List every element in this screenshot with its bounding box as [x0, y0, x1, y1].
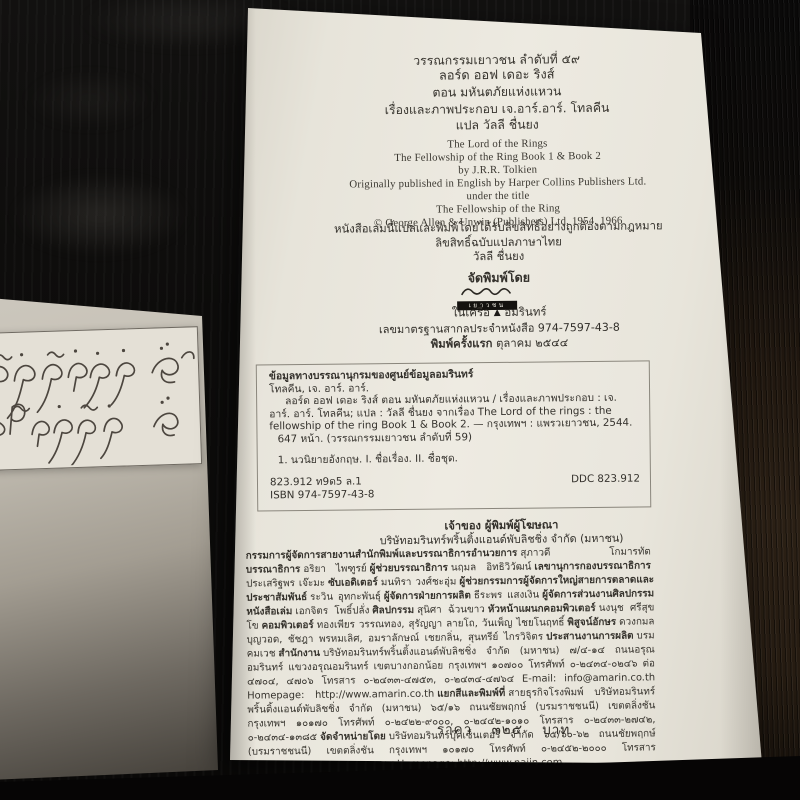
price-line: ราคา ๓๒๕ บาท — [274, 717, 734, 741]
logo-script-icon — [459, 285, 515, 298]
credit-role-label: บรรณาธิการ — [246, 564, 301, 576]
credit-name: ระวิน อุทกะพันธุ์ — [310, 591, 381, 603]
book-photo: วรรณกรรมเยาวชน ลำดับที่ ๕๙ ลอร์ด ออฟ เดอ… — [0, 0, 800, 800]
title-page: วรรณกรรมเยาวชน ลำดับที่ ๕๙ ลอร์ด ออฟ เดอ… — [226, 4, 766, 770]
printing-line: พิมพ์ครั้งแรก ตุลาคม ๒๕๔๔ — [269, 332, 729, 355]
ghost-reflection — [0, 60, 180, 140]
rights-block: หนังสือเล่มนี้แปลและพิมพ์โดยได้รับลิขสิท… — [268, 219, 728, 267]
credit-role-label: ศิลปกรรม — [372, 605, 414, 616]
cip-call-number: 823.912 ท9ด5 ล.1 — [270, 476, 362, 490]
credit-name: มนทิรา วงศ์ชะอุ่ม — [381, 576, 457, 588]
ring-inscription-panel — [0, 326, 202, 472]
credit-name: เอกจิตร โพธิ์ปลั่ง — [295, 605, 369, 617]
tengwar-ring-inscription-icon — [0, 329, 199, 468]
credit-role-label: หัวหน้าแผนกคอมพิวเตอร์ — [488, 603, 596, 615]
printing-label: พิมพ์ครั้งแรก — [431, 337, 493, 351]
credit-name: นฤมล อิทธิวิวัฒน์ — [451, 562, 532, 574]
affiliation-prefix: ในเครือ — [452, 305, 490, 319]
credit-role-label: ผู้ช่วยบรรณาธิการ — [370, 563, 448, 575]
printing-value: ตุลาคม ๒๕๔๔ — [496, 336, 568, 350]
page-content: วรรณกรรมเยาวชน ลำดับที่ ๕๙ ลอร์ด ออฟ เดอ… — [222, 1, 770, 773]
credit-name: สุภาวดี โกมารทัต — [520, 546, 651, 558]
amarin-triangle-icon: ▲ — [494, 308, 501, 318]
cip-subjects-line: 1. นวนิยายอังกฤษ. I. ชื่อเรื่อง. II. ชื่… — [270, 450, 640, 466]
credit-role-label: เลขานุการกองบรรณาธิการ — [534, 560, 651, 572]
cip-pages-line: 647 หน้า. (วรรณกรรมเยาวชน ลำดับที่ 59) — [269, 429, 639, 445]
translator-line: แปล วัลลี ชื่นยง — [267, 114, 727, 135]
credit-name: อริยา ไพฑูรย์ — [303, 563, 366, 575]
credit-role-label: แยกสีและพิมพ์ที่ — [437, 688, 505, 700]
credit-role-label: กรรมการผู้จัดการสายงานสำนักพิมพ์และบรรณา… — [246, 548, 518, 562]
thai-header-block: วรรณกรรมเยาวชน ลำดับที่ ๕๙ ลอร์ด ออฟ เดอ… — [267, 50, 728, 136]
credit-name: ธีระพร แสงเงิน — [474, 590, 540, 602]
credit-role-label: ประสานงานการผลิต — [546, 631, 634, 643]
credit-role-label: พิสูจน์อักษร — [567, 617, 616, 629]
cip-ddc: DDC 823.912 — [571, 473, 640, 486]
title-page-wrap: วรรณกรรมเยาวชน ลำดับที่ ๕๙ ลอร์ด ออฟ เดอ… — [226, 4, 766, 770]
cip-box: ข้อมูลทางบรรณานุกรมของศูนย์ข้อมูลอมรินทร… — [256, 360, 652, 511]
credit-name: สุนิศา ฉ้วนขาว — [417, 604, 485, 616]
credit-role-label: คอมพิวเตอร์ — [261, 620, 313, 632]
credit-name: ประเสริฐพร เจ๊ะมะ — [246, 578, 325, 590]
credit-role-label: สำนักงาน — [278, 648, 320, 659]
affiliation-name: อมรินทร์ — [504, 304, 546, 318]
english-block: The Lord of the RingsThe Fellowship of t… — [267, 136, 728, 232]
credit-role-label: ซับเอดิเตอร์ — [328, 577, 378, 589]
cip-description: ลอร์ด ออฟ เดอะ ริงส์ ตอน มหันตภัยแห่งแหว… — [269, 392, 639, 434]
credit-role-label: ผู้จัดการฝ่ายการผลิต — [384, 590, 471, 602]
credit-name: ทองเพียร วรรณทอง, สุรัญญา ลายโถ, วันเพ็ญ… — [317, 617, 565, 631]
